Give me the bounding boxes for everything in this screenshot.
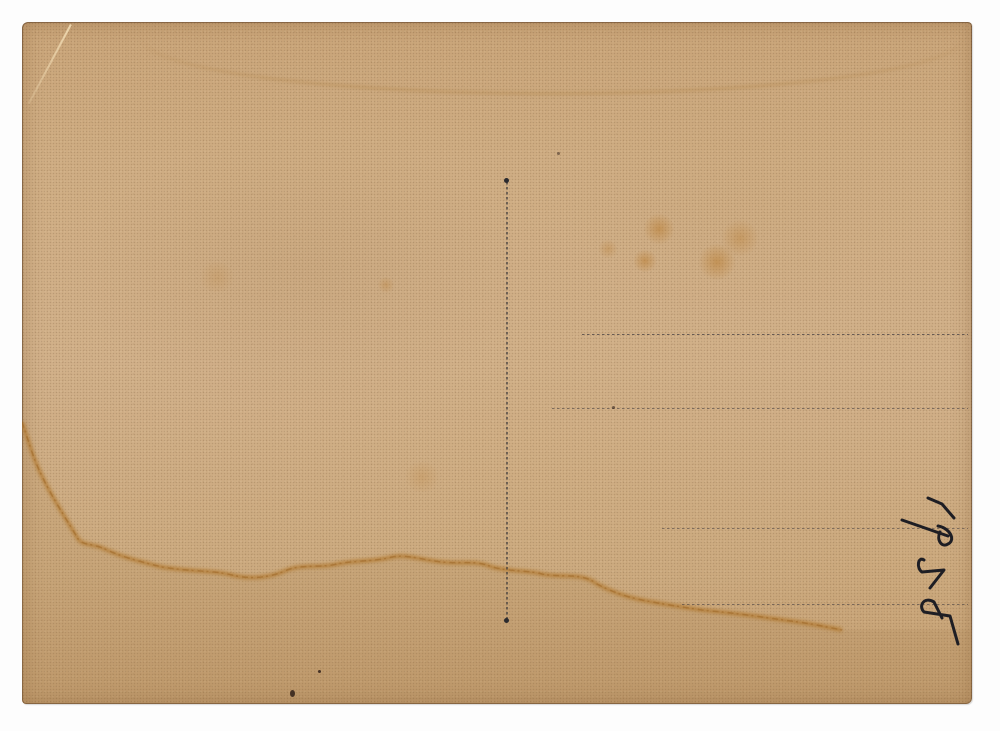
rust-spot — [722, 218, 758, 258]
ink-speck — [318, 670, 321, 673]
water-stain-tide-line — [22, 22, 972, 704]
ink-speck — [612, 406, 615, 409]
rust-spot — [377, 277, 395, 293]
rust-spot — [597, 240, 619, 258]
rust-spot — [197, 262, 237, 292]
divider-top-dot — [504, 178, 509, 183]
address-line-1 — [582, 334, 968, 335]
ink-speck — [557, 152, 560, 155]
divider-bottom-dot — [504, 618, 509, 623]
center-divider-line — [506, 182, 508, 622]
ink-speck — [290, 690, 295, 697]
rust-spot — [644, 212, 674, 246]
rust-spot — [632, 250, 658, 272]
photo-backdrop: 1925 — [0, 0, 1000, 731]
rust-spot — [402, 462, 442, 492]
postcard-back: 1925 — [22, 22, 972, 704]
